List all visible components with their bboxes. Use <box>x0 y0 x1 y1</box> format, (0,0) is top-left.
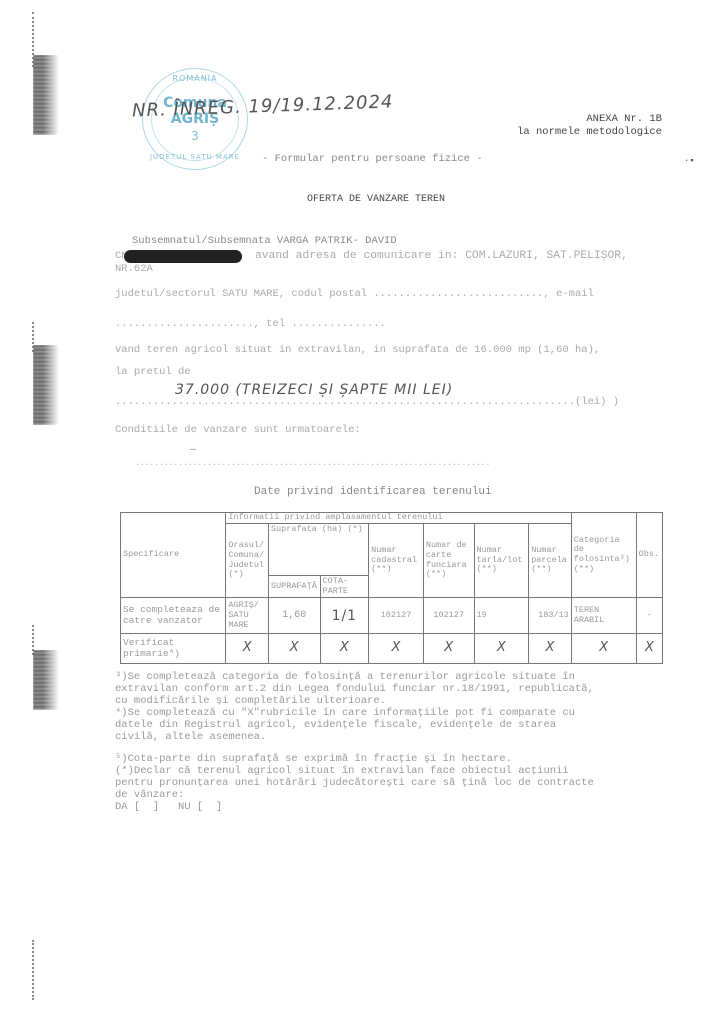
row-label: Verificat primarie⁴) <box>121 634 226 664</box>
cell-share-check: X <box>320 634 369 664</box>
cell-parcel-check: X <box>529 634 572 664</box>
cell-category-check: X <box>571 634 636 664</box>
header-category: Categoria de folosinta³) (**) <box>571 513 636 598</box>
conditions-label: Conditiile de vanzare sunt urmatoarele: <box>115 424 361 436</box>
header-area: Suprafata (ha) (*) <box>268 523 368 575</box>
header-location-group: Informatii privind amplasamentul terenul… <box>226 513 571 524</box>
cell-tarla: 19 <box>474 598 529 634</box>
phone-line: ......................, tel ............… <box>115 318 386 330</box>
conditions-mark: — <box>190 444 196 456</box>
footnote-5: ⁵)Cota-parte din suprafață se exprimă în… <box>115 753 512 765</box>
cell-obs-check: X <box>636 634 662 664</box>
cell-area: 1,60 <box>268 598 320 634</box>
address-line: avand adresa de comunicare in: COM.LAZUR… <box>255 250 628 262</box>
footnote-4-line3: civilă, altele asemenea. <box>115 731 266 743</box>
table-caption: Date privind identificarea terenului <box>254 486 492 498</box>
price-handwritten: 37.000 (TREIZECI ȘI ȘAPTE MII LEI) <box>172 382 456 398</box>
header-tarla: Numar tarla/lot (**) <box>474 523 529 598</box>
cell-city-check: X <box>226 634 269 664</box>
cell-share: 1/1 <box>320 598 369 634</box>
row-label: Se completeaza de catre vanzator <box>121 598 226 634</box>
footnote-4-line2: datele din Registrul agricol, evidențele… <box>115 719 556 731</box>
applicant-name-line: Subsemnatul/Subsemnata VARGA PATRIK- DAV… <box>132 235 397 247</box>
footnote-3-line3: cu modificările și completările ulterioa… <box>115 695 386 707</box>
form-type: - Formular pentru persoane fizice - <box>262 153 483 165</box>
declaration-line1: (*)Declar că terenul agricol situat în e… <box>115 765 569 777</box>
declaration-line2: pentru pronunțarea unei hotărâri judecăt… <box>115 777 594 789</box>
header-specificare: Specificare <box>121 513 226 598</box>
table-row: Verificat primarie⁴) X X X X X X X X X <box>121 634 663 664</box>
land-description: vand teren agricol situat in extravilan,… <box>115 344 600 356</box>
header-city: Orasul/ Comuna/ Judetul (*) <box>226 523 269 598</box>
declaration-line3: de vânzare: <box>115 789 184 801</box>
scan-artifact <box>33 345 59 425</box>
footnote-3-line1: ³)Se completează categoria de folosință … <box>115 671 575 683</box>
stamp-county: JUDEȚUL SATU MARE <box>143 153 247 161</box>
document-title: OFERTA DE VANZARE TEREN <box>307 194 445 205</box>
annex-subtitle: la normele metodologice <box>517 126 662 138</box>
address-continuation: NR.62A <box>115 263 153 275</box>
cell-cadastral: 102127 <box>369 598 424 634</box>
cnp-redacted <box>124 250 242 263</box>
scan-artifact <box>33 650 59 710</box>
corner-mark: ·▪ <box>684 156 695 166</box>
county-postal-email-line: judetul/sectorul SATU MARE, codul postal… <box>115 288 594 300</box>
cell-land-book: 102127 <box>423 598 474 634</box>
header-obs: Obs. <box>636 513 662 598</box>
stamp-country: ROMÂNIA <box>143 74 247 83</box>
footnote-3-line2: extravilan conform art.2 din Legea fondu… <box>115 683 594 695</box>
table-row: Se completeaza de catre vanzator AGRIȘ/ … <box>121 598 663 634</box>
stamp-number: 3 <box>143 129 247 143</box>
conditions-dots: ........................................… <box>135 459 490 468</box>
yes-no-checkboxes[interactable]: DA [ ] NU [ ] <box>115 801 222 813</box>
cell-area-check: X <box>268 634 320 664</box>
scan-artifact <box>33 55 59 135</box>
cell-category: TEREN ARABIL <box>571 598 636 634</box>
land-identification-table: Specificare Informatii privind amplasame… <box>120 512 663 664</box>
footnote-4-line1: ⁴)Se completează cu "X"rubricile în care… <box>115 707 575 719</box>
header-share-sub: COTA-PARTE <box>320 575 369 598</box>
price-label: la pretul de <box>115 366 191 378</box>
cell-tarla-check: X <box>474 634 529 664</box>
cell-cadastral-check: X <box>369 634 424 664</box>
header-land-book: Numar de carte funciara (**) <box>423 523 474 598</box>
header-cadastral: Numar cadastral (**) <box>369 523 424 598</box>
cell-obs: - <box>636 598 662 634</box>
scan-artifact <box>32 940 37 1000</box>
header-parcel: Numar parcela (**) <box>529 523 572 598</box>
header-area-sub: SUPRAFAȚĂ <box>268 575 320 598</box>
cell-land-book-check: X <box>423 634 474 664</box>
cell-parcel: 183/13 <box>529 598 572 634</box>
cell-city: AGRIȘ/ SATU MARE <box>226 598 269 634</box>
annex-title: ANEXA Nr. 1B <box>586 113 662 125</box>
